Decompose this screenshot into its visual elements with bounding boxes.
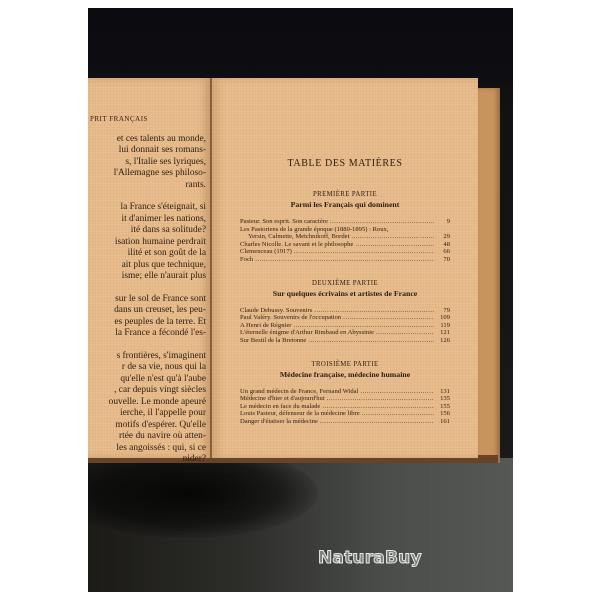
toc-entry: Les Pastoriens de la grande époque (1880… <box>240 226 450 234</box>
left-page-text: PRIT FRANÇAIS et ces talents au monde,lu… <box>88 114 206 466</box>
entry-page-number: 161 <box>436 418 450 426</box>
dot-leader <box>293 322 434 330</box>
entry-page-number: 155 <box>436 403 450 411</box>
entry-title: Clemenceau (1917) <box>240 248 292 256</box>
text-line: isation humaine perdrait <box>88 237 206 249</box>
toc-section: TROISIÈME PARTIEMédecine française, méde… <box>240 361 450 426</box>
book-back-cover-edge <box>478 88 500 463</box>
toc-section: DEUXIÈME PARTIESur quelques écrivains et… <box>240 280 450 345</box>
entry-page-number: 156 <box>436 410 450 418</box>
toc-entry: L'éternelle énigme d'Arthur Rimbaud en A… <box>240 329 450 337</box>
entry-page-number: 9 <box>436 218 450 226</box>
entry-page-number: 131 <box>436 388 450 396</box>
entry-title: L'éternelle énigme d'Arthur Rimbaud en A… <box>240 329 374 337</box>
text-line: motifs d'espérer. Qu'elle <box>88 420 206 432</box>
entry-title: Claude Debussy. Souvenirs <box>240 307 312 315</box>
text-line: s frontières, s'imaginent <box>88 351 206 363</box>
text-line: nider? <box>88 454 206 466</box>
text-line: et ces talents au monde, <box>88 134 206 146</box>
text-line: it d'animer les nations, <box>88 214 206 226</box>
toc-entry: Danger d'étatiser la médecine161 <box>240 418 450 426</box>
text-line: rtée du navire où atten- <box>88 431 206 443</box>
part-heading: DEUXIÈME PARTIE <box>240 280 450 287</box>
toc-entry: Claude Debussy. Souvenirs79 <box>240 307 450 315</box>
dot-leader <box>376 329 434 337</box>
left-page: PRIT FRANÇAIS et ces talents au monde,lu… <box>88 78 211 458</box>
dot-leader <box>255 256 434 264</box>
dot-leader <box>330 218 434 226</box>
text-line: qu'elle n'est qu'à l'aube <box>88 374 206 386</box>
toc-section: PREMIÈRE PARTIEParmi les Français qui do… <box>240 191 450 264</box>
toc-entry: Paul Valéry. Souvenirs de l'occupation10… <box>240 314 450 322</box>
entry-page-number: 119 <box>436 322 450 330</box>
part-subtitle: Parmi les Français qui dominent <box>240 200 450 209</box>
text-line: r de sa vie, nous qui la <box>88 362 206 374</box>
part-heading: TROISIÈME PARTIE <box>240 361 450 368</box>
part-subtitle: Médecine française, médecine humaine <box>240 370 450 379</box>
text-line: la France a fécondé l'es- <box>88 328 206 340</box>
entry-page-number: 135 <box>436 395 450 403</box>
text-line: s, l'Italie ses lyriques, <box>88 157 206 169</box>
book-photo: PRIT FRANÇAIS et ces talents au monde,lu… <box>88 8 513 592</box>
dot-leader <box>320 418 434 426</box>
naturabuy-watermark: NaturaBuy <box>318 548 422 568</box>
dot-leader <box>327 395 434 403</box>
text-line: ierche, il l'appelle pour <box>88 408 206 420</box>
dot-leader <box>294 248 434 256</box>
paragraph-gap <box>88 283 206 294</box>
entry-page-number: 66 <box>436 248 450 256</box>
dot-leader <box>351 233 434 241</box>
entry-page-number: 121 <box>436 329 450 337</box>
toc-entry: Foch70 <box>240 256 450 264</box>
text-line: sur le sol de France sont <box>88 294 206 306</box>
toc-entry: Clemenceau (1917)66 <box>240 248 450 256</box>
entry-title: Les Pastoriens de la grande époque (1880… <box>240 226 389 234</box>
entry-title: Charles Nicolle. Le savant et le philoso… <box>240 241 353 249</box>
dot-leader <box>322 403 434 411</box>
entry-page-number: 70 <box>436 256 450 264</box>
text-line: la France s'éteignait, si <box>88 202 206 214</box>
running-header: PRIT FRANÇAIS <box>90 114 206 126</box>
entry-title: A Henri de Régnier <box>240 322 291 330</box>
text-line: ilité et son goût de la <box>88 248 206 260</box>
entry-page-number: 126 <box>436 337 450 345</box>
entry-title: Paul Valéry. Souvenirs de l'occupation <box>240 314 341 322</box>
text-line: ouvelle. Le monde apeuré <box>88 397 206 409</box>
dot-leader <box>362 410 434 418</box>
toc-entry: Yersin, Calmette, Metchnikoff, Bordet29 <box>240 233 450 241</box>
dot-leader <box>355 241 434 249</box>
toc-entry: Pasteur. Son esprit. Son caractère9 <box>240 218 450 226</box>
dot-leader <box>314 307 434 315</box>
entry-page-number: 79 <box>436 307 450 315</box>
entry-title: Foch <box>240 256 253 264</box>
entry-title: Un grand médecin de France, Fernand Wida… <box>240 388 358 396</box>
text-line: rants. <box>88 180 206 192</box>
entry-page-number: 48 <box>436 241 450 249</box>
dot-leader <box>360 388 434 396</box>
toc-entry: Médecine d'hier et d'aujourd'hui135 <box>240 395 450 403</box>
text-line: , car depuis vingt siècles <box>88 385 206 397</box>
toc-title: TABLE DES MATIÈRES <box>240 158 450 169</box>
toc-entry: A Henri de Régnier119 <box>240 322 450 330</box>
text-line: les angoissés : qui, si ce <box>88 443 206 455</box>
entry-title: Pasteur. Son esprit. Son caractère <box>240 218 328 226</box>
paragraph-gap <box>88 191 206 202</box>
text-line: ait plus que technique, <box>88 260 206 272</box>
part-subtitle: Sur quelques écrivains et artistes de Fr… <box>240 289 450 298</box>
entry-page-number: 109 <box>436 314 450 322</box>
right-page: TABLE DES MATIÈRES PREMIÈRE PARTIEParmi … <box>212 78 478 458</box>
entry-title: Sur Bestil de la Bretonne <box>240 337 306 345</box>
entry-title: Le médecin en face du malade <box>240 403 320 411</box>
toc-entry: Le médecin en face du malade155 <box>240 403 450 411</box>
entry-title: Louis Pasteur, défenseur de la médecine … <box>240 410 360 418</box>
entry-title: Yersin, Calmette, Metchnikoff, Bordet <box>240 233 349 241</box>
table-of-contents: TABLE DES MATIÈRES PREMIÈRE PARTIEParmi … <box>240 158 450 442</box>
entry-page-number: 29 <box>436 233 450 241</box>
text-line: ité dans sa solitude? <box>88 225 206 237</box>
toc-entry: Louis Pasteur, défenseur de la médecine … <box>240 410 450 418</box>
text-line: isme; elle n'aurait plus <box>88 271 206 283</box>
toc-entry: Sur Bestil de la Bretonne126 <box>240 337 450 345</box>
dot-leader <box>308 337 434 345</box>
entry-title: Danger d'étatiser la médecine <box>240 418 318 426</box>
text-line: l'Allemagne ses philoso- <box>88 168 206 180</box>
text-line: lui donnait ses romans- <box>88 145 206 157</box>
text-line: es peuples de la terre. Et <box>88 317 206 329</box>
toc-entry: Un grand médecin de France, Fernand Wida… <box>240 388 450 396</box>
dot-leader <box>343 314 434 322</box>
paragraph-gap <box>88 340 206 351</box>
toc-entry: Charles Nicolle. Le savant et le philoso… <box>240 241 450 249</box>
part-heading: PREMIÈRE PARTIE <box>240 191 450 198</box>
text-line: dans un creuset, les peu- <box>88 305 206 317</box>
entry-title: Médecine d'hier et d'aujourd'hui <box>240 395 325 403</box>
